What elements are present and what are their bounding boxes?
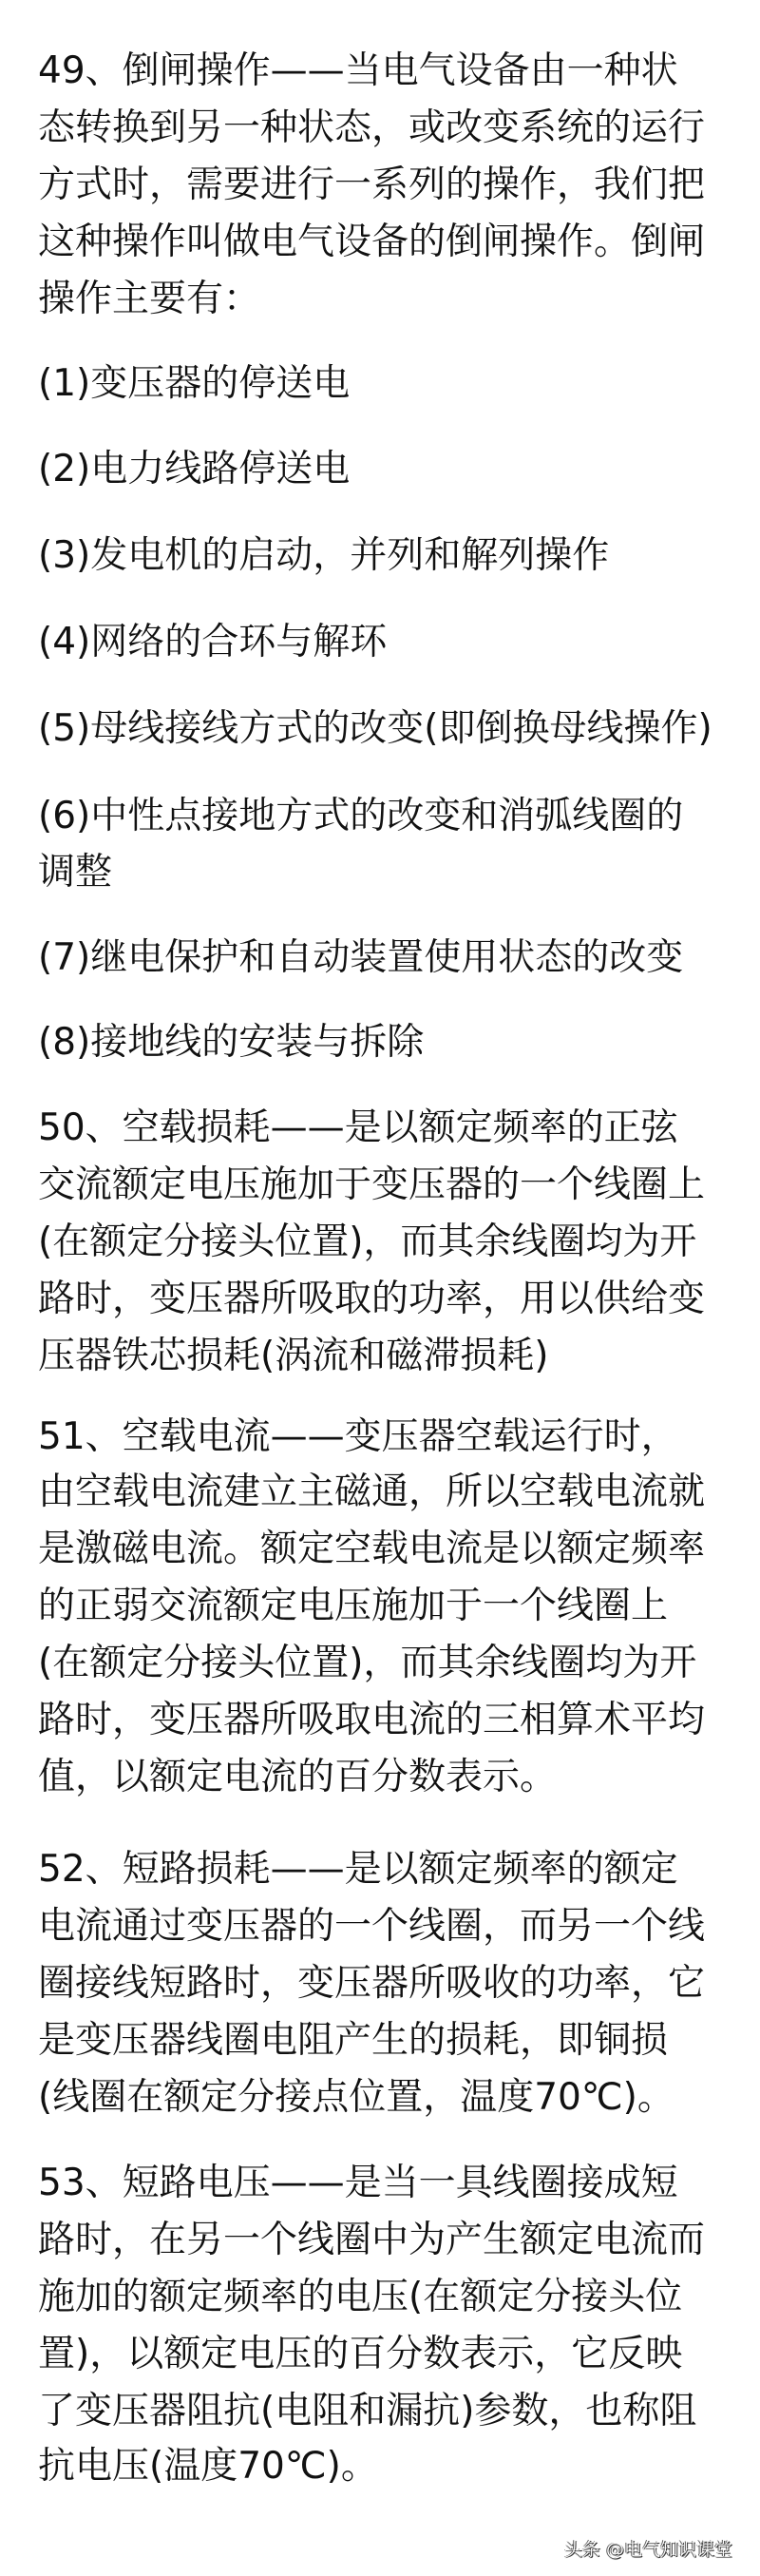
text-line: 施加的额定频率的电压(在额定分接头位 (38, 2269, 741, 2326)
text-line: 圈接线短路时，变压器所吸收的功率，它 (38, 1955, 741, 2012)
text-line: (1)变压器的停送电 (38, 356, 741, 413)
text-line: (2)电力线路停送电 (38, 441, 741, 498)
text-line: 压器铁芯损耗(涡流和磁滞损耗) (38, 1328, 741, 1385)
text-line: (8)接地线的安装与拆除 (38, 1014, 741, 1071)
text-line: 这种操作叫做电气设备的倒闸操作。倒闸 (38, 214, 741, 271)
text-line: 了变压器阻抗(电阻和漏抗)参数，也称阻 (38, 2383, 741, 2440)
text-line: 调整 (38, 844, 741, 901)
text-line: 49、倒闸操作——当电气设备由一种状 (38, 43, 741, 100)
text-line: 53、短路电压——是当一具线圈接成短 (38, 2155, 741, 2212)
text-line: 51、空载电流——变压器空载运行时， (38, 1409, 741, 1466)
text-line: 操作主要有： (38, 271, 741, 328)
text-line: 电流通过变压器的一个线圈，而另一个线 (38, 1898, 741, 1955)
text-line: 由空载电流建立主磁通，所以空载电流就 (38, 1464, 741, 1521)
watermark: 头条 @电气知识课堂 (564, 2536, 732, 2563)
text-line: 态转换到另一种状态，或改变系统的运行 (38, 100, 741, 157)
text-line: (7)继电保护和自动装置使用状态的改变 (38, 930, 741, 987)
text-line: 置)，以额定电压的百分数表示，它反映 (38, 2326, 741, 2383)
text-line: 交流额定电压施加于变压器的一个线圈上 (38, 1157, 741, 1214)
text-line: 抗电压(温度70℃)。 (38, 2438, 741, 2495)
text-line: 是激磁电流。额定空载电流是以额定频率 (38, 1521, 741, 1578)
text-line: (在额定分接头位置)，而其余线圈均为开 (38, 1635, 741, 1692)
text-line: (线圈在额定分接点位置，温度70℃)。 (38, 2069, 741, 2126)
text-line: (3)发电机的启动，并列和解列操作 (38, 528, 741, 585)
text-line: (5)母线接线方式的改变(即倒换母线操作) (38, 701, 741, 758)
text-line: 路时，变压器所吸取电流的三相算术平均 (38, 1692, 741, 1749)
text-line: 路时，在另一个线圈中为产生额定电流而 (38, 2212, 741, 2269)
text-line: 50、空载损耗——是以额定频率的正弦 (38, 1100, 741, 1157)
text-line: (在额定分接头位置)，而其余线圈均为开 (38, 1214, 741, 1271)
text-line: 52、短路损耗——是以额定频率的额定 (38, 1841, 741, 1898)
text-line: 值，以额定电流的百分数表示。 (38, 1749, 741, 1806)
text-line: 路时，变压器所吸取的功率，用以供给变 (38, 1271, 741, 1328)
text-line: 的正弱交流额定电压施加于一个线圈上 (38, 1578, 741, 1635)
text-line: 方式时，需要进行一系列的操作，我们把 (38, 157, 741, 214)
text-line: 是变压器线圈电阻产生的损耗，即铜损 (38, 2012, 741, 2069)
text-line: (4)网络的合环与解环 (38, 614, 741, 671)
text-line: (6)中性点接地方式的改变和消弧线圈的 (38, 788, 741, 845)
